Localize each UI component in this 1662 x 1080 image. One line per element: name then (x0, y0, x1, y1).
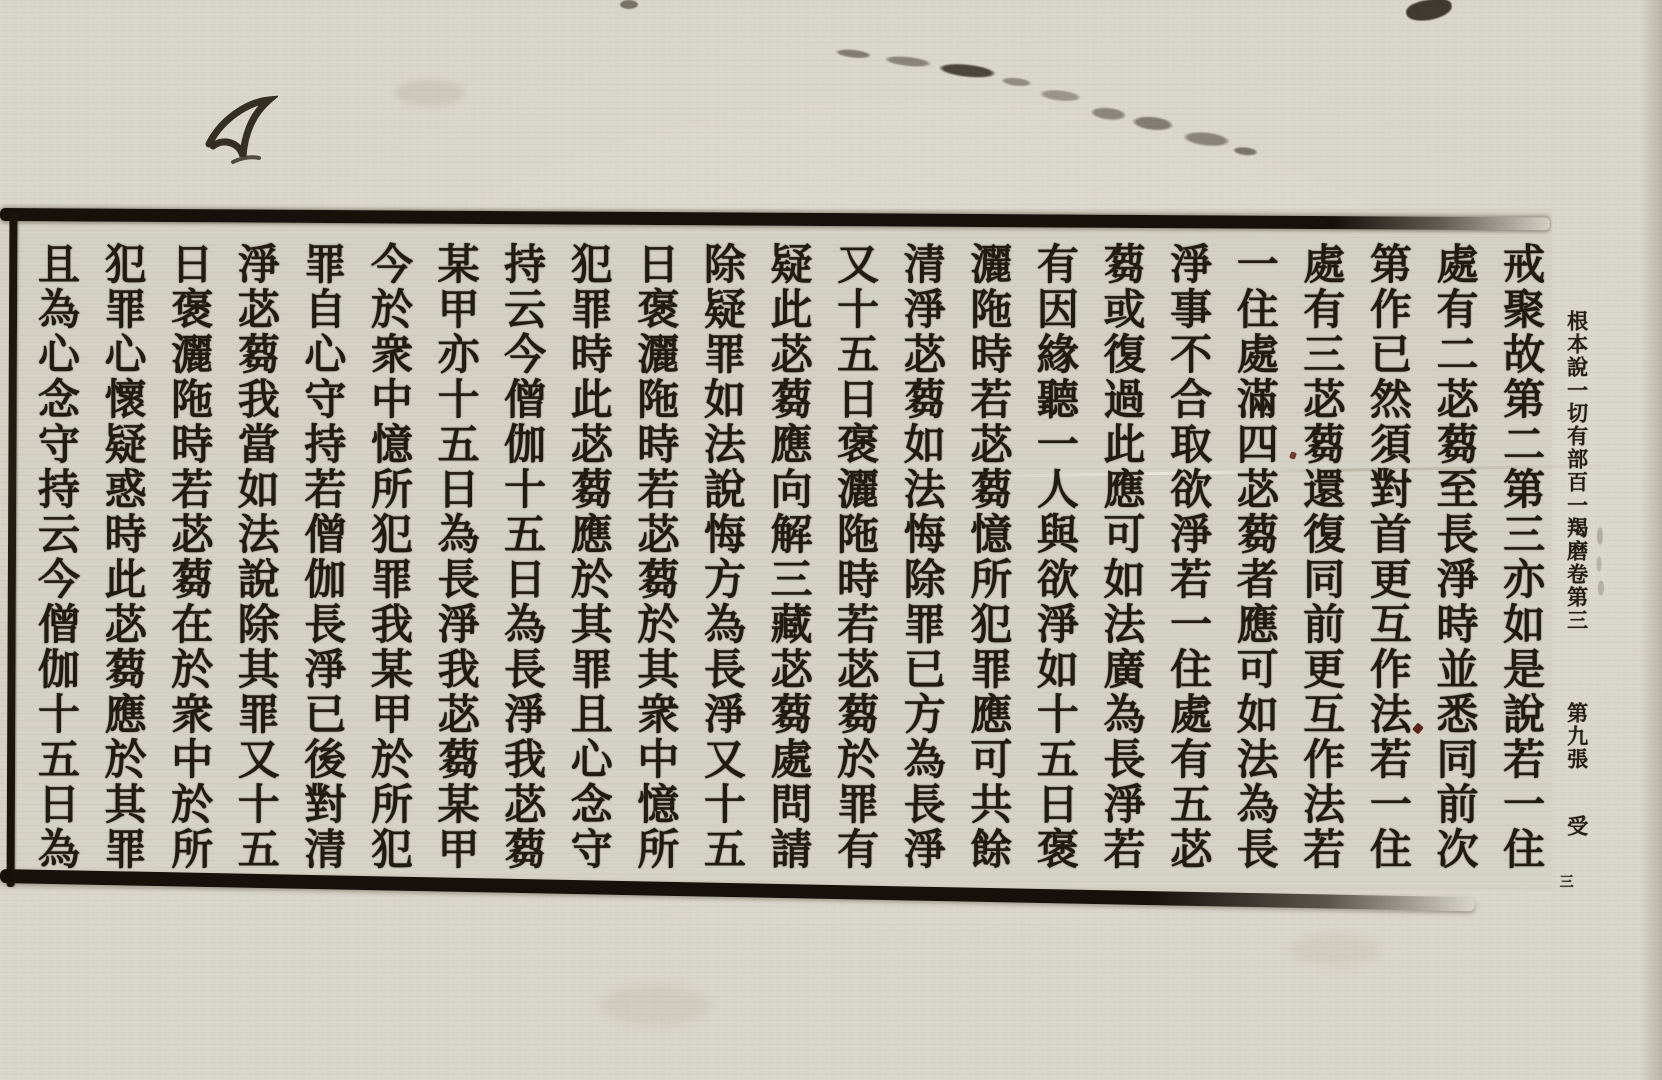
text-column-4: 處有三苾蒭還復同前更互作法若 (1291, 242, 1349, 872)
text-column-6: 淨事不合取欲淨若一住處有五苾 (1158, 242, 1216, 872)
text-column-21: 日褒灑陁時若苾蒭在於衆中於所 (159, 242, 217, 872)
text-column-15: 犯罪時此苾蒭應於其罪且心念守 (559, 242, 617, 872)
text-column-5: 一住處滿四苾蒭者應可如法為長 (1225, 242, 1283, 872)
text-column-3: 第作已然須對首更互作法若一住 (1358, 242, 1416, 872)
text-columns: 根本說一切有部百一羯磨卷第三 第九張 受 三 戒聚故第二第三亦如是說若一住 處有… (26, 242, 1594, 872)
text-column-2: 處有二苾蒭至長淨時並悉同前次 (1424, 242, 1482, 872)
title-register-column: 根本說一切有部百一羯磨卷第三 第九張 受 三 (1558, 242, 1594, 872)
text-column-7: 蒭或復過此應可如法廣為長淨若 (1092, 242, 1150, 872)
ink-offset-smudge (807, 28, 1284, 167)
collation-mark: 三 (1558, 874, 1572, 888)
faint-margin-scribble (1592, 520, 1608, 600)
text-column-9: 灑陁時若苾蒭憶所犯罪應可共餘 (958, 242, 1016, 872)
text-column-1: 戒聚故第二第三亦如是說若一住 (1491, 242, 1549, 872)
text-column-14: 日褒灑陁時若苾蒭於其衆中憶所 (625, 242, 683, 872)
handwritten-ink-mark (203, 92, 278, 174)
case-character: 受 (1565, 815, 1589, 838)
paper-stain (395, 80, 465, 106)
ink-blot (1405, 0, 1453, 23)
text-column-19: 罪自心守持若僧伽長淨已後對清 (292, 242, 350, 872)
sheet-number: 第九張 (1565, 702, 1589, 771)
text-column-22: 犯罪心懷疑惑時此苾蒭應於其罪 (93, 242, 151, 872)
text-column-18: 今於衆中憶所犯罪我某甲於所犯 (359, 242, 417, 872)
scanned-woodblock-sutra-page: { "page": { "kind": "woodblock-printed B… (0, 0, 1662, 1080)
text-column-20: 淨苾蒭我當如法說除其罪又十五 (226, 242, 284, 872)
text-column-10: 清淨苾蒭如法悔除罪已方為長淨 (892, 242, 950, 872)
ink-speck-top (620, 0, 638, 9)
text-column-12: 疑此苾蒭應向解三藏苾蒭處問請 (759, 242, 817, 872)
text-column-16: 持云今僧伽十五日為長淨我苾蒭 (492, 242, 550, 872)
text-column-17: 某甲亦十五日為長淨我苾蒭某甲 (426, 242, 484, 872)
paper-stain (600, 985, 710, 1025)
scripture-title: 根本說一切有部百一羯磨卷第三 (1565, 310, 1589, 632)
text-column-23: 且為心念守持云今僧伽十五日為 (26, 242, 84, 872)
text-column-13: 除疑罪如法說悔方為長淨又十五 (692, 242, 750, 872)
paper-edge-shading (1640, 0, 1662, 1080)
text-column-8: 有因緣聽一人與欲淨如十五日褒 (1025, 242, 1083, 872)
text-column-11: 又十五日褒灑陁時若苾蒭於罪有 (825, 242, 883, 872)
paper-stain (1290, 935, 1380, 965)
